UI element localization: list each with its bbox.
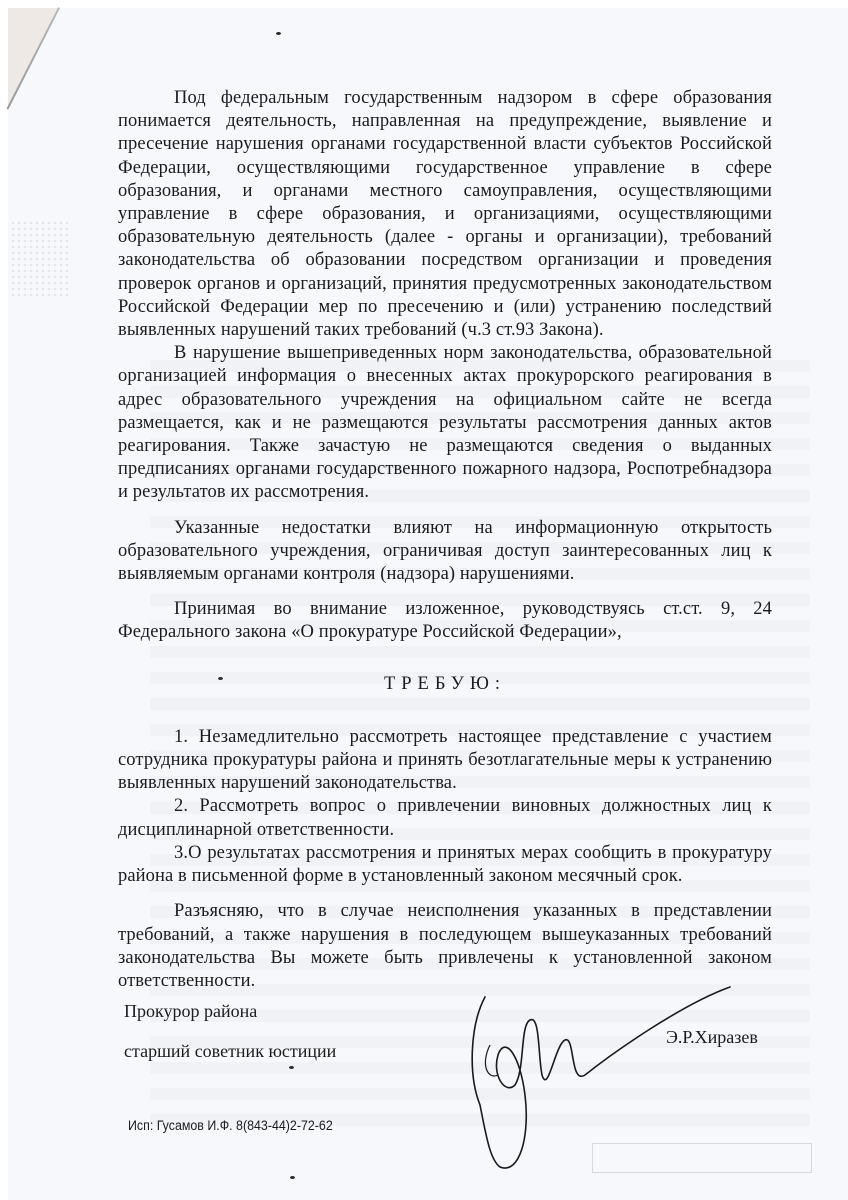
signer-position: Прокурор района xyxy=(124,1000,336,1022)
demand-item-1: 1. Незамедлительно рассмотреть настоящее… xyxy=(118,726,772,796)
signer-name: Э.Р.Хиразев xyxy=(666,1027,758,1048)
scan-speck xyxy=(276,32,281,35)
paragraph-closing: Разъясняю, что в случае неисполнения ука… xyxy=(118,900,772,993)
signer-rank: старший советник юстиции xyxy=(124,1040,336,1062)
scan-noise xyxy=(10,220,70,300)
executor-contact: Исп: Гусамов И.Ф. 8(843-44)2-72-62 xyxy=(128,1118,333,1133)
demand-item-3: 3.О результатах рассмотрения и принятых … xyxy=(118,842,772,888)
document-body: Под федеральным государственным надзором… xyxy=(118,87,772,993)
paragraph-federal-supervision: Под федеральным государственным надзором… xyxy=(118,87,772,342)
demand-heading: ТРЕБУЮ: xyxy=(118,673,772,696)
scan-speck xyxy=(290,1176,295,1179)
faint-stamp-box xyxy=(592,1143,812,1173)
scanned-document-page: Под федеральным государственным надзором… xyxy=(0,0,848,1200)
demand-item-2: 2. Рассмотреть вопрос о привлечении вино… xyxy=(118,795,772,841)
paragraph-violation: В нарушение вышеприведенных норм законод… xyxy=(118,342,772,504)
signature-block: Прокурор района старший советник юстиции xyxy=(124,1000,336,1080)
page-left-margin xyxy=(0,0,8,1200)
paragraph-shortcomings: Указанные недостатки влияют на информаци… xyxy=(118,517,772,587)
page-top-margin xyxy=(0,0,848,8)
paragraph-legal-basis: Принимая во внимание изложенное, руковод… xyxy=(118,598,772,644)
